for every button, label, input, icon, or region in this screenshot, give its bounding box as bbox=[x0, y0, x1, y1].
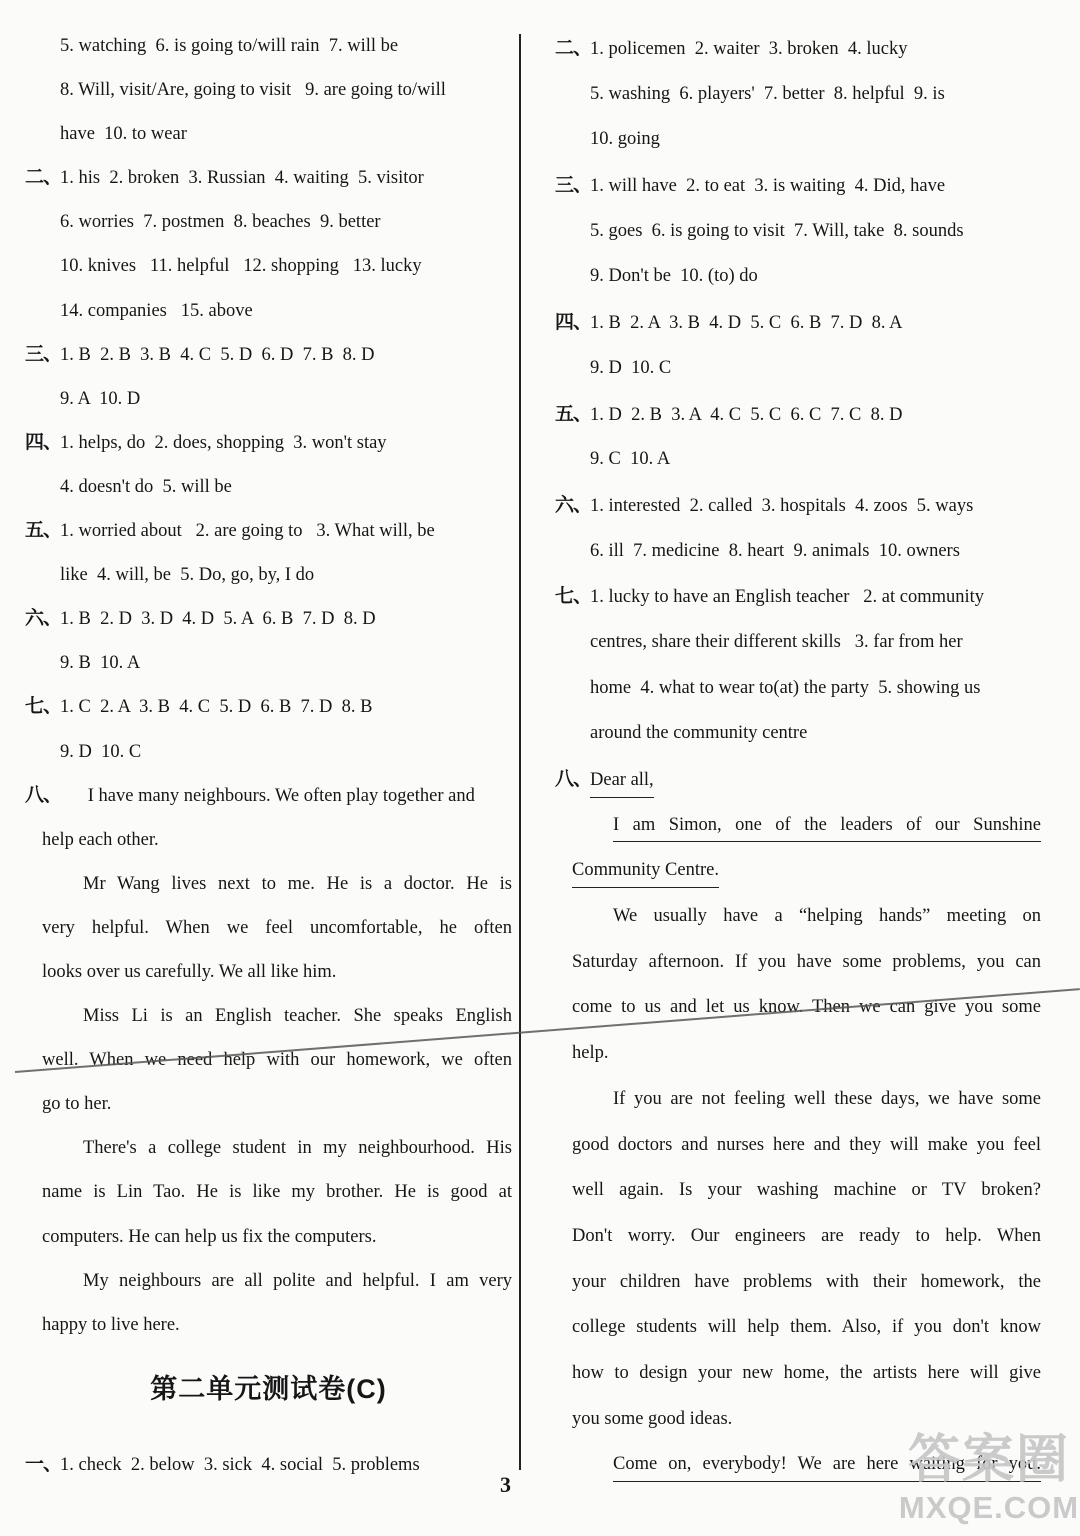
line-text: 1. helps, do 2. does, shopping 3. won't … bbox=[60, 433, 387, 453]
line-text: have 10. to wear bbox=[60, 124, 187, 144]
watermark-site-url: MXQE.COM bbox=[898, 1492, 1080, 1523]
text-line: 9. Don't be 10. (to) do bbox=[590, 254, 1041, 300]
line-text: 14. companies 15. above bbox=[60, 301, 253, 321]
text-line: well again. Is your washing machine or T… bbox=[572, 1168, 1041, 1214]
line-text: 5. watching 6. is going to/will rain 7. … bbox=[60, 36, 398, 56]
line-text: 第二单元测试卷(C) bbox=[150, 1374, 386, 1404]
line-text: 1. will have 2. to eat 3. is waiting 4. … bbox=[590, 176, 945, 196]
text-line: Community Centre. bbox=[572, 848, 1041, 894]
line-text: how to design your new home, the artists… bbox=[572, 1351, 1041, 1397]
line-text: looks over us carefully. We all like him… bbox=[42, 962, 336, 982]
line-text: 9. A 10. D bbox=[60, 389, 140, 409]
line-text: help. bbox=[572, 1043, 608, 1063]
section-marker: 八、 bbox=[25, 774, 60, 818]
section-marker: 四、 bbox=[555, 300, 590, 346]
text-line: Don't worry. Our engineers are ready to … bbox=[572, 1214, 1041, 1260]
line-text: you some good ideas. bbox=[572, 1409, 732, 1429]
text-line: 八、 I have many neighbours. We often play… bbox=[25, 774, 512, 818]
watermark: 答案圈 MXQE.COM bbox=[898, 1434, 1080, 1523]
section-marker: 二、 bbox=[555, 26, 590, 72]
text-line: 八、Dear all, bbox=[555, 757, 1041, 803]
section-marker: 六、 bbox=[25, 597, 60, 641]
text-line: well. When we need help with our homewor… bbox=[42, 1038, 512, 1082]
line-text: happy to live here. bbox=[42, 1315, 180, 1335]
text-line: 10. knives 11. helpful 12. shopping 13. … bbox=[60, 244, 512, 288]
text-line: 二、1. policemen 2. waiter 3. broken 4. lu… bbox=[555, 26, 1041, 72]
line-text: centres, share their different skills 3.… bbox=[590, 632, 963, 652]
text-line: 5. goes 6. is going to visit 7. Will, ta… bbox=[590, 209, 1041, 255]
text-line: Miss Li is an English teacher. She speak… bbox=[83, 994, 512, 1038]
line-text: There's a college student in my neighbou… bbox=[83, 1126, 512, 1170]
line-text: 9. C 10. A bbox=[590, 449, 670, 469]
line-text: 5. goes 6. is going to visit 7. Will, ta… bbox=[590, 221, 964, 241]
line-text: 1. policemen 2. waiter 3. broken 4. luck… bbox=[590, 39, 908, 59]
text-line: 6. worries 7. postmen 8. beaches 9. bett… bbox=[60, 200, 512, 244]
line-text: well. When we need help with our homewor… bbox=[42, 1038, 512, 1082]
line-text: go to her. bbox=[42, 1094, 111, 1114]
text-line: your children have problems with their h… bbox=[572, 1260, 1041, 1306]
section-marker: 七、 bbox=[555, 574, 590, 620]
section-marker: 二、 bbox=[25, 156, 60, 200]
line-text: Saturday afternoon. If you have some pro… bbox=[572, 940, 1041, 986]
line-text: 10. going bbox=[590, 129, 660, 149]
text-line: I am Simon, one of the leaders of our Su… bbox=[613, 803, 1041, 849]
line-text: 6. ill 7. medicine 8. heart 9. animals 1… bbox=[590, 541, 960, 561]
text-line: help each other. bbox=[42, 818, 512, 862]
text-line: 5. washing 6. players' 7. better 8. help… bbox=[590, 72, 1041, 118]
left-answer-column: 5. watching 6. is going to/will rain 7. … bbox=[25, 24, 512, 1487]
line-text: your children have problems with their h… bbox=[572, 1260, 1041, 1306]
line-text: name is Lin Tao. He is like my brother. … bbox=[42, 1170, 512, 1214]
line-text: 9. D 10. C bbox=[590, 358, 671, 378]
line-text: 1. B 2. B 3. B 4. C 5. D 6. D 7. B 8. D bbox=[60, 345, 375, 365]
text-line: 9. A 10. D bbox=[60, 377, 512, 421]
text-line: 8. Will, visit/Are, going to visit 9. ar… bbox=[60, 68, 512, 112]
line-text: 1. D 2. B 3. A 4. C 5. C 6. C 7. C 8. D bbox=[590, 405, 903, 425]
line-text: 1. B 2. D 3. D 4. D 5. A 6. B 7. D 8. D bbox=[60, 609, 376, 629]
line-text: I am Simon, one of the leaders of our Su… bbox=[613, 803, 1041, 849]
text-line: Saturday afternoon. If you have some pro… bbox=[572, 940, 1041, 986]
text-line: 9. B 10. A bbox=[60, 641, 512, 685]
text-line: 一、1. check 2. below 3. sick 4. social 5.… bbox=[25, 1443, 512, 1487]
line-text: My neighbours are all polite and helpful… bbox=[83, 1259, 512, 1303]
section-marker: 七、 bbox=[25, 685, 60, 729]
column-divider-rule bbox=[519, 34, 521, 1470]
line-text: 1. C 2. A 3. B 4. C 5. D 6. B 7. D 8. B bbox=[60, 697, 373, 717]
line-text: 1. interested 2. called 3. hospitals 4. … bbox=[590, 496, 973, 516]
text-line: 三、1. will have 2. to eat 3. is waiting 4… bbox=[555, 163, 1041, 209]
line-text: 1. B 2. A 3. B 4. D 5. C 6. B 7. D 8. A bbox=[590, 313, 903, 333]
text-line: how to design your new home, the artists… bbox=[572, 1351, 1041, 1397]
line-text: like 4. will, be 5. Do, go, by, I do bbox=[60, 565, 314, 585]
line-text: come to us and let us know. Then we can … bbox=[572, 985, 1041, 1031]
text-line: home 4. what to wear to(at) the party 5.… bbox=[590, 666, 1041, 712]
text-line: 四、1. B 2. A 3. B 4. D 5. C 6. B 7. D 8. … bbox=[555, 300, 1041, 346]
text-line: computers. He can help us fix the comput… bbox=[42, 1215, 512, 1259]
text-line: There's a college student in my neighbou… bbox=[83, 1126, 512, 1170]
line-text: 1. worried about 2. are going to 3. What… bbox=[60, 521, 435, 541]
text-line: 六、1. interested 2. called 3. hospitals 4… bbox=[555, 483, 1041, 529]
text-line: good doctors and nurses here and they wi… bbox=[572, 1123, 1041, 1169]
text-line: 14. companies 15. above bbox=[60, 289, 512, 333]
line-text: If you are not feeling well these days, … bbox=[613, 1077, 1041, 1123]
section-marker: 四、 bbox=[25, 421, 60, 465]
text-line: 七、1. lucky to have an English teacher 2.… bbox=[555, 574, 1041, 620]
text-line: college students will help them. Also, i… bbox=[572, 1305, 1041, 1351]
text-line: 9. D 10. C bbox=[590, 346, 1041, 392]
section-marker: 六、 bbox=[555, 483, 590, 529]
line-text: good doctors and nurses here and they wi… bbox=[572, 1123, 1041, 1169]
line-text: around the community centre bbox=[590, 723, 807, 743]
text-line: looks over us carefully. We all like him… bbox=[42, 950, 512, 994]
text-line: help. bbox=[572, 1031, 1041, 1077]
line-text: 4. doesn't do 5. will be bbox=[60, 477, 232, 497]
line-text: computers. He can help us fix the comput… bbox=[42, 1227, 376, 1247]
line-text: 5. washing 6. players' 7. better 8. help… bbox=[590, 84, 945, 104]
section-marker: 一、 bbox=[25, 1443, 60, 1487]
text-line: around the community centre bbox=[590, 711, 1041, 757]
line-text: help each other. bbox=[42, 830, 159, 850]
line-text: 1. check 2. below 3. sick 4. social 5. p… bbox=[60, 1455, 420, 1475]
text-line: 四、1. helps, do 2. does, shopping 3. won'… bbox=[25, 421, 512, 465]
line-text: college students will help them. Also, i… bbox=[572, 1305, 1041, 1351]
text-line: go to her. bbox=[42, 1082, 512, 1126]
line-text: 6. worries 7. postmen 8. beaches 9. bett… bbox=[60, 212, 381, 232]
text-line: 六、1. B 2. D 3. D 4. D 5. A 6. B 7. D 8. … bbox=[25, 597, 512, 641]
line-text: Don't worry. Our engineers are ready to … bbox=[572, 1214, 1041, 1260]
watermark-brand-logo: 答案圈 bbox=[898, 1434, 1080, 1486]
text-line: 10. going bbox=[590, 117, 1041, 163]
line-text: home 4. what to wear to(at) the party 5.… bbox=[590, 678, 980, 698]
line-text: Mr Wang lives next to me. He is a doctor… bbox=[83, 862, 512, 906]
right-answer-column: 二、1. policemen 2. waiter 3. broken 4. lu… bbox=[555, 26, 1041, 1488]
line-text: 1. his 2. broken 3. Russian 4. waiting 5… bbox=[60, 168, 424, 188]
page-number: 3 bbox=[500, 1472, 511, 1498]
text-line: name is Lin Tao. He is like my brother. … bbox=[42, 1170, 512, 1214]
text-line: If you are not feeling well these days, … bbox=[613, 1077, 1041, 1123]
line-text: Community Centre. bbox=[572, 848, 719, 894]
unit-test-heading: 第二单元测试卷(C) bbox=[25, 1347, 512, 1443]
section-marker: 五、 bbox=[555, 392, 590, 438]
line-text: 9. D 10. C bbox=[60, 742, 141, 762]
text-line: 五、1. worried about 2. are going to 3. Wh… bbox=[25, 509, 512, 553]
text-line: centres, share their different skills 3.… bbox=[590, 620, 1041, 666]
line-text: very helpful. When we feel uncomfortable… bbox=[42, 906, 512, 950]
text-line: very helpful. When we feel uncomfortable… bbox=[42, 906, 512, 950]
text-line: 9. C 10. A bbox=[590, 437, 1041, 483]
text-line: 6. ill 7. medicine 8. heart 9. animals 1… bbox=[590, 529, 1041, 575]
text-line: My neighbours are all polite and helpful… bbox=[83, 1259, 512, 1303]
line-text: Dear all, bbox=[590, 758, 654, 804]
line-text: 1. lucky to have an English teacher 2. a… bbox=[590, 587, 984, 607]
text-line: We usually have a “helping hands” meetin… bbox=[613, 894, 1041, 940]
line-text: 9. B 10. A bbox=[60, 653, 140, 673]
text-line: like 4. will, be 5. Do, go, by, I do bbox=[60, 553, 512, 597]
section-marker: 五、 bbox=[25, 509, 60, 553]
section-marker: 三、 bbox=[25, 333, 60, 377]
line-text: Miss Li is an English teacher. She speak… bbox=[83, 994, 512, 1038]
text-line: 七、1. C 2. A 3. B 4. C 5. D 6. B 7. D 8. … bbox=[25, 685, 512, 729]
section-marker: 三、 bbox=[555, 163, 590, 209]
section-marker: 八、 bbox=[555, 757, 590, 803]
text-line: 二、1. his 2. broken 3. Russian 4. waiting… bbox=[25, 156, 512, 200]
text-line: Mr Wang lives next to me. He is a doctor… bbox=[83, 862, 512, 906]
line-text: 9. Don't be 10. (to) do bbox=[590, 266, 758, 286]
line-text: well again. Is your washing machine or T… bbox=[572, 1168, 1041, 1214]
text-line: 五、1. D 2. B 3. A 4. C 5. C 6. C 7. C 8. … bbox=[555, 392, 1041, 438]
text-line: 5. watching 6. is going to/will rain 7. … bbox=[60, 24, 512, 68]
text-line: happy to live here. bbox=[42, 1303, 512, 1347]
line-text: 8. Will, visit/Are, going to visit 9. ar… bbox=[60, 80, 446, 100]
scanned-answer-page: 5. watching 6. is going to/will rain 7. … bbox=[0, 0, 1080, 1536]
text-line: 三、1. B 2. B 3. B 4. C 5. D 6. D 7. B 8. … bbox=[25, 333, 512, 377]
line-text: We usually have a “helping hands” meetin… bbox=[613, 894, 1041, 940]
text-line: come to us and let us know. Then we can … bbox=[572, 985, 1041, 1031]
line-text: I have many neighbours. We often play to… bbox=[60, 786, 475, 806]
text-line: 9. D 10. C bbox=[60, 730, 512, 774]
line-text: 10. knives 11. helpful 12. shopping 13. … bbox=[60, 256, 422, 276]
text-line: 4. doesn't do 5. will be bbox=[60, 465, 512, 509]
text-line: have 10. to wear bbox=[60, 112, 512, 156]
